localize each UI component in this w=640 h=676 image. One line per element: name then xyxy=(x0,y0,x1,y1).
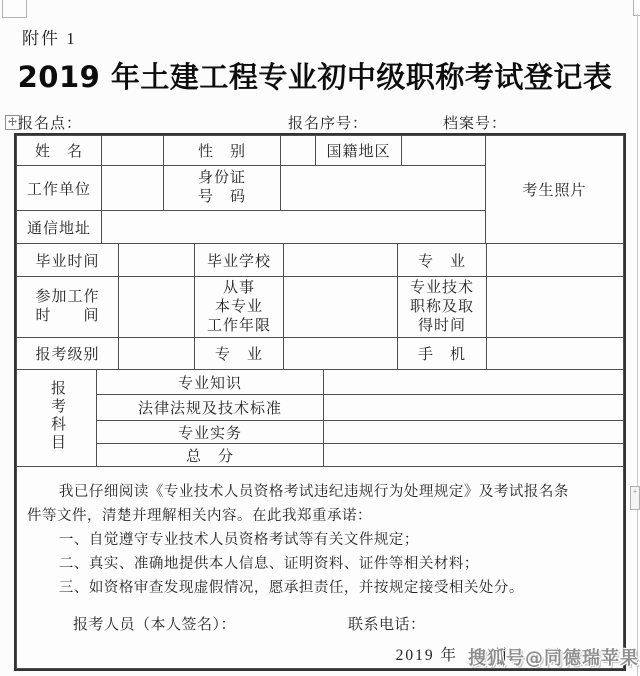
graduation-school-input-cell[interactable] xyxy=(284,244,398,277)
address-label: 通信地址 xyxy=(17,211,102,244)
professional-title-label-line2: 职称及取 xyxy=(398,298,486,317)
id-number-input-cell[interactable] xyxy=(281,166,486,211)
pledge-paragraph-line2: 件等文件，清楚并理解相关内容。在此我郑重承诺： xyxy=(27,504,613,528)
work-years-label: 从事 本专业 工作年限 xyxy=(195,277,284,338)
phone-label: 联系电话： xyxy=(348,613,426,637)
gender-label: 性 别 xyxy=(164,136,281,166)
registration-serial-label: 报名序号： xyxy=(288,112,368,133)
subject2-label: 法律法规及技术标准 xyxy=(97,395,324,421)
pledge-item-1: 一、自觉遵守专业技术人员资格考试等有关文件规定； xyxy=(27,528,613,552)
photo-placeholder-label: 考生照片 xyxy=(522,183,586,199)
id-number-label-line1: 身份证 xyxy=(164,169,280,188)
gender-input-cell[interactable] xyxy=(281,136,316,166)
subjects-header-vertical-text: 报考科目 xyxy=(49,380,64,452)
attachment-label: 附件 1 xyxy=(22,24,77,49)
subjects-section: 报考科目 专业知识 法律法规及技术标准 专业实务 总 分 xyxy=(16,369,624,467)
pledge-item-2: 二、真实、准确地提供本人信息、证明资料、证件等相关材料； xyxy=(27,552,613,576)
mobile-input-cell[interactable] xyxy=(487,338,624,370)
photo-cell[interactable]: 考生照片 xyxy=(486,136,624,244)
professional-title-label-line3: 得时间 xyxy=(398,317,486,336)
pledge-item-3: 三、如资格审查发现虚假情况，愿承担责任，并按规定接受相关处分。 xyxy=(27,576,613,600)
professional-title-label: 专业技术 职称及取 得时间 xyxy=(398,277,487,338)
professional-title-label-line1: 专业技术 xyxy=(398,279,486,298)
work-years-label-line2: 本专业 xyxy=(195,298,283,317)
subject4-score-cell[interactable] xyxy=(324,444,624,467)
pledge-cell: 我已仔细阅读《专业技术人员资格考试违纪违规行为处理规定》及考试报名条 件等文件，… xyxy=(17,467,624,669)
graduation-school-label: 毕业学校 xyxy=(195,244,284,277)
page-corner-artifact-left xyxy=(2,0,27,18)
subjects-header-label: 报考科目 xyxy=(17,370,97,467)
subject3-label: 专业实务 xyxy=(97,421,324,444)
professional-title-input-cell[interactable] xyxy=(487,277,624,338)
watermark-text: 搜狐号@同德瑞苹果 xyxy=(468,644,639,670)
exam-major-input-cell[interactable] xyxy=(284,338,398,370)
work-start-label-line1: 参加工作 xyxy=(17,288,118,307)
exam-major-label: 专 业 xyxy=(195,338,284,370)
work-years-input-cell[interactable] xyxy=(284,277,398,338)
graduation-time-label: 毕业时间 xyxy=(17,244,119,277)
pledge-section: 我已仔细阅读《专业技术人员资格考试违纪违规行为处理规定》及考试报名条 件等文件，… xyxy=(16,466,624,669)
mobile-label: 手 机 xyxy=(398,338,487,370)
work-start-label: 参加工作 时 间 xyxy=(17,277,119,338)
work-start-label-line2: 时 间 xyxy=(17,307,118,326)
education-section: 毕业时间 毕业学校 专 业 参加工作 时 间 从事 本专业 工作年限 专业技术 … xyxy=(16,243,624,370)
employer-input-cell[interactable] xyxy=(102,166,164,211)
subject2-score-cell[interactable] xyxy=(324,395,624,421)
employer-label: 工作单位 xyxy=(17,166,102,211)
archive-number-label: 档案号： xyxy=(443,112,507,133)
id-number-label: 身份证 号 码 xyxy=(164,166,281,211)
subject4-label: 总 分 xyxy=(97,444,324,467)
exam-level-label: 报考级别 xyxy=(17,338,119,370)
scroll-handle-icon[interactable]: + xyxy=(630,486,640,510)
work-start-input-cell[interactable] xyxy=(119,277,195,338)
exam-level-input-cell[interactable] xyxy=(119,338,195,370)
registration-site-label: 报名点： xyxy=(18,112,82,133)
nationality-input-cell[interactable] xyxy=(402,136,486,166)
page-title: 2019 年土建工程专业初中级职称考试登记表 xyxy=(0,55,630,96)
id-number-label-line2: 号 码 xyxy=(164,188,280,207)
registration-table: 姓 名 性 别 国籍地区 考生照片 工作单位 身份证 号 码 通信地址 xyxy=(14,133,626,671)
pledge-paragraph-line1: 我已仔细阅读《专业技术人员资格考试违纪违规行为处理规定》及考试报名条 xyxy=(27,480,613,504)
work-years-label-line1: 从事 xyxy=(195,279,283,298)
signature-row: 报考人员（本人签名）： 联系电话： xyxy=(27,613,613,637)
major-input-cell[interactable] xyxy=(487,244,624,277)
name-input-cell[interactable] xyxy=(102,136,164,166)
subject1-label: 专业知识 xyxy=(97,370,324,395)
name-label: 姓 名 xyxy=(17,136,102,166)
major-label: 专 业 xyxy=(398,244,487,277)
graduation-time-input-cell[interactable] xyxy=(119,244,195,277)
address-input-cell[interactable] xyxy=(102,211,486,244)
subject3-score-cell[interactable] xyxy=(324,421,624,444)
work-years-label-line3: 工作年限 xyxy=(195,317,283,336)
identity-section: 姓 名 性 别 国籍地区 考生照片 工作单位 身份证 号 码 通信地址 xyxy=(16,135,624,244)
signature-label: 报考人员（本人签名）： xyxy=(73,613,236,637)
table-header-fields: 报名点： 报名序号： 档案号： xyxy=(0,112,640,132)
nationality-label: 国籍地区 xyxy=(316,136,402,166)
subject1-score-cell[interactable] xyxy=(324,370,624,395)
